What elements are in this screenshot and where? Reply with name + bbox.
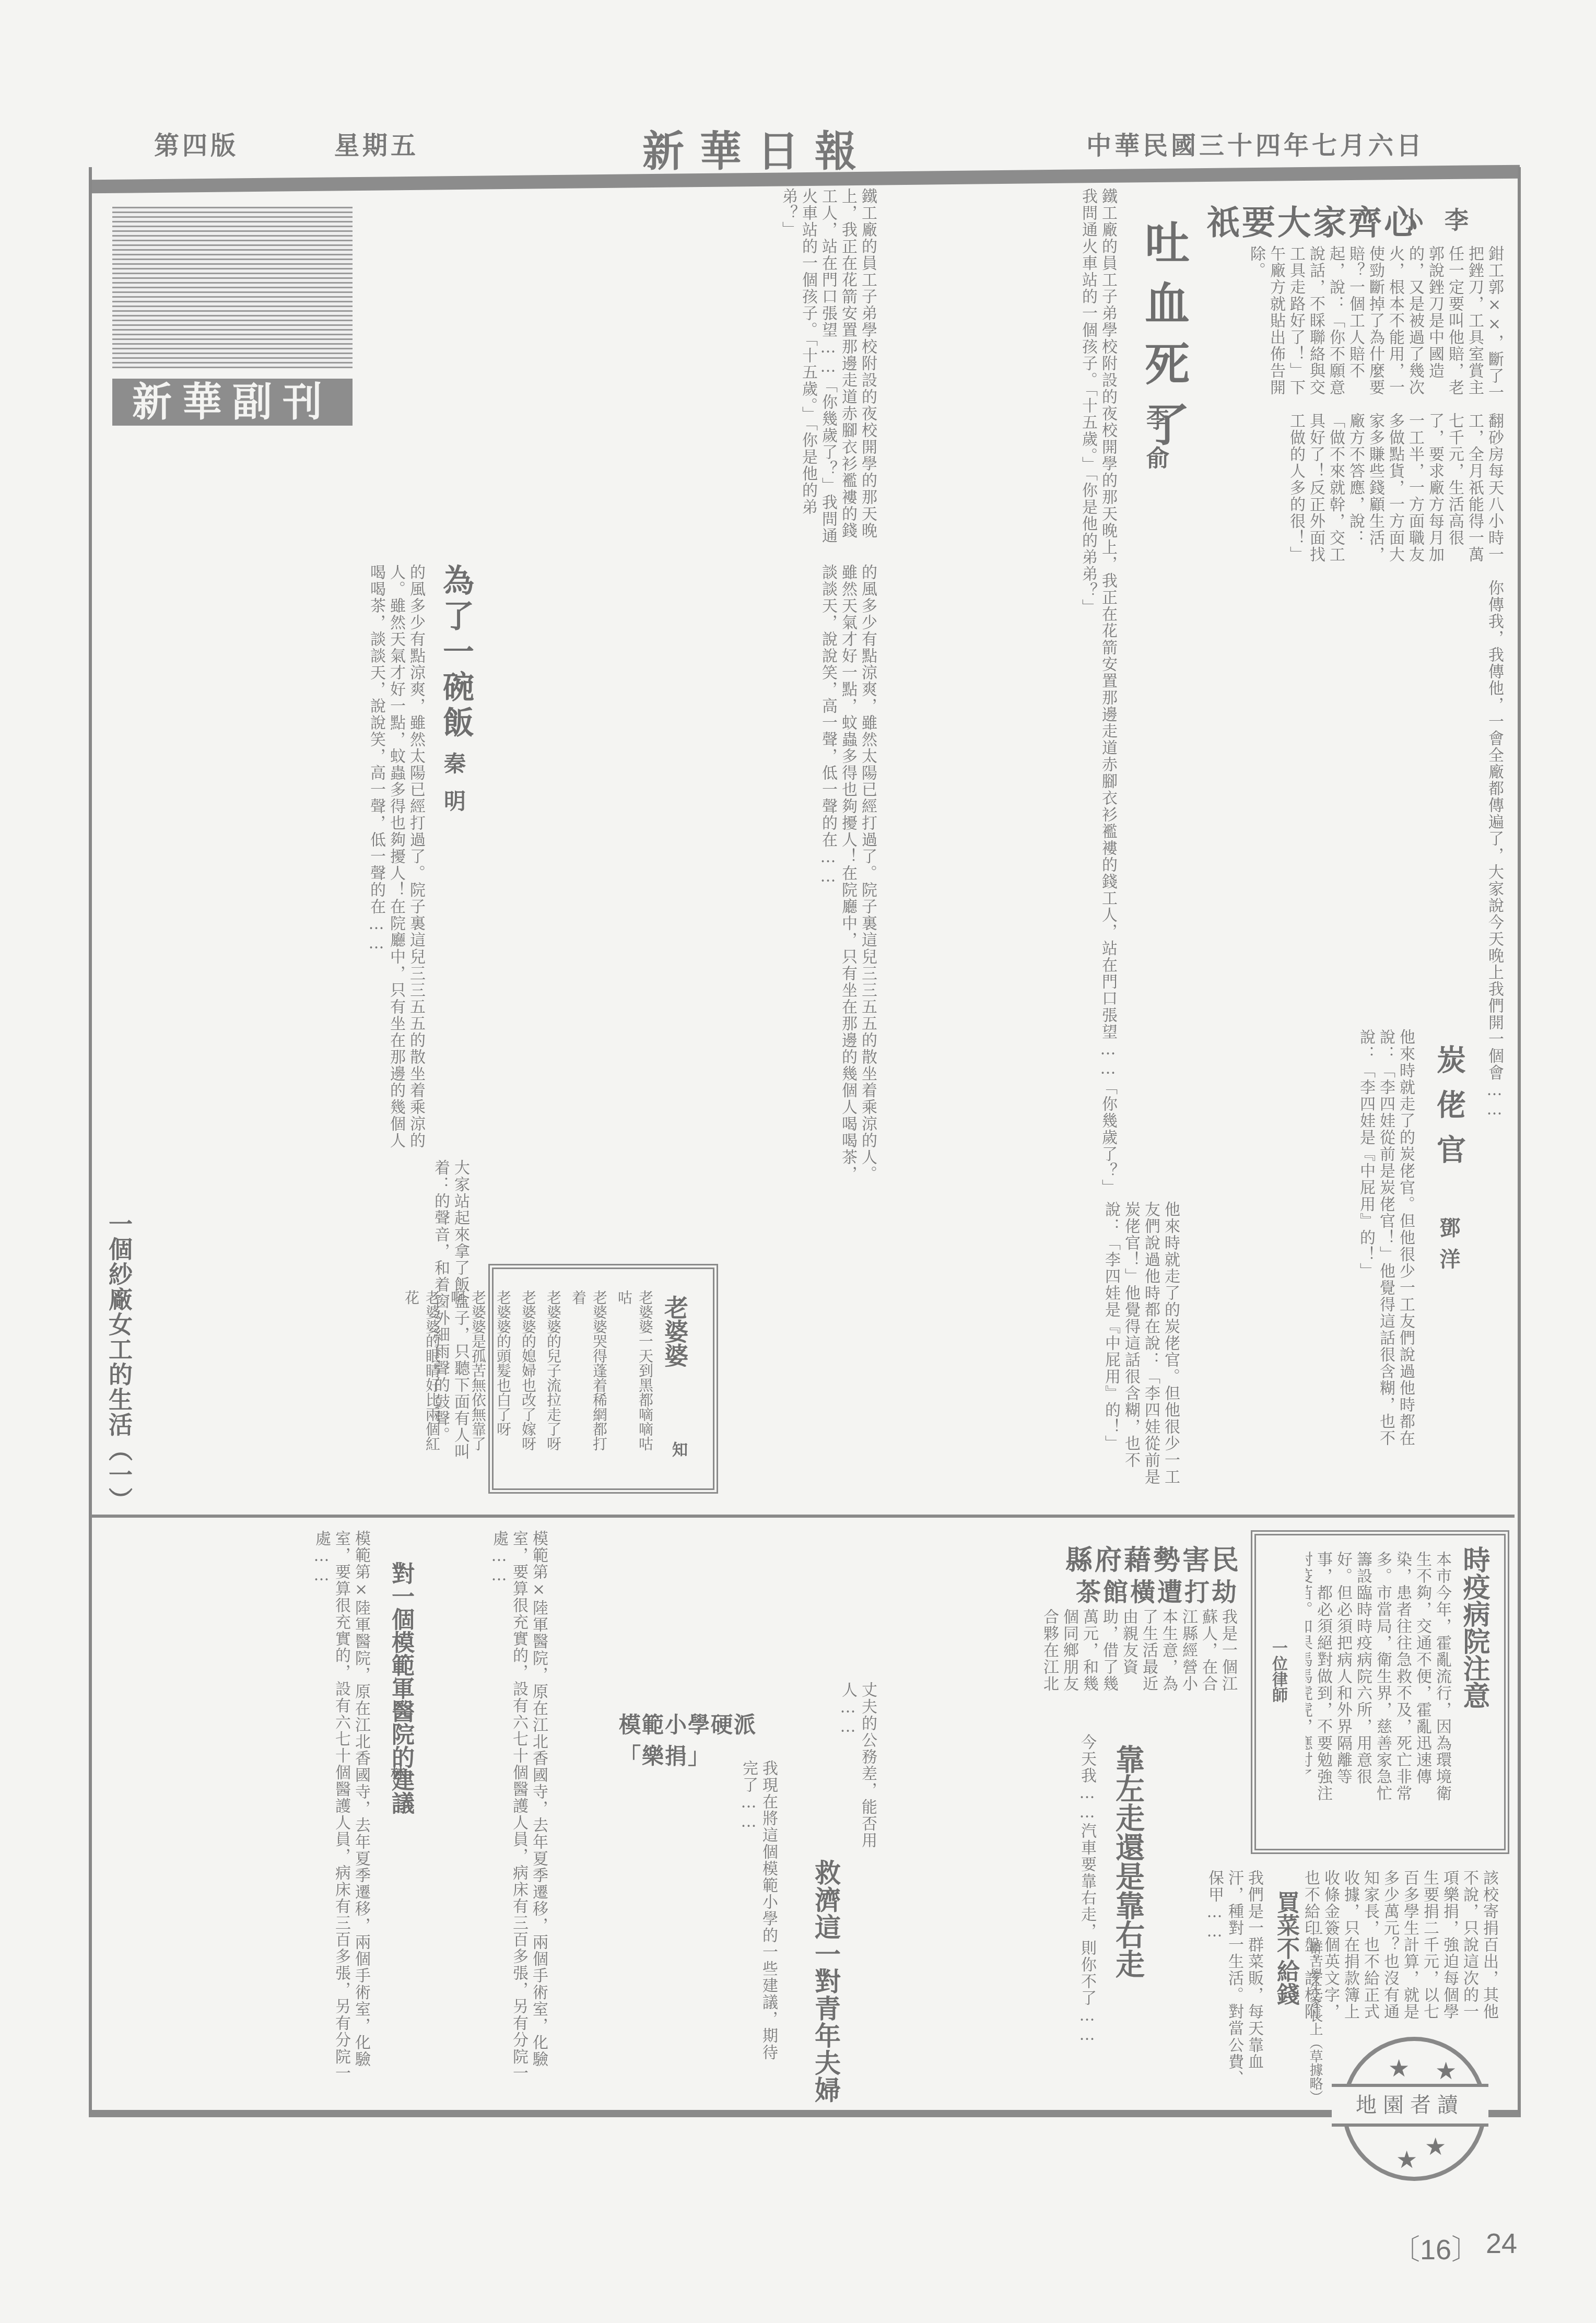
article-author: 李俞 — [1139, 407, 1172, 485]
page-number: 24 — [1486, 2227, 1517, 2260]
letter-signature: 林 — [386, 1765, 407, 1780]
star-icon: ★ — [1396, 2145, 1417, 2174]
letter-title: 縣府藉勢害民 — [1065, 1538, 1241, 1577]
banner-illustration — [112, 206, 353, 368]
letter-body: 模範第×陸軍醫院，原在江北香國寺，去年夏季遷移，兩個手術室，化驗室，要算很充實的… — [418, 1530, 548, 2094]
page-number-label: 第四版 — [154, 125, 239, 161]
column-banner-title: 新華副刊 — [112, 379, 353, 426]
notice-body: 本市今年，霍亂流行，因為環境衛生不夠，交通不便，霍亂迅速傳染，患者往往急救不及，… — [1306, 1551, 1452, 1812]
section-divider — [91, 1515, 1515, 1518]
article-body: 他來時就走了的炭佬官。但他很少一工友們說過他時都在說：「李四娃從前是炭佬官！」他… — [888, 1201, 1180, 1488]
article-body: 的風多少有點涼爽，雖然太陽已經打過了。院子裏這兒三三五五的散坐着乘涼的人。雖然天… — [112, 564, 426, 1154]
archive-mark: 〔16〕 — [1392, 2227, 1480, 2268]
letter-body: 我是一個江蘇人，在合江縣經營小本生意，為了生活最近由親友資助，借了幾萬元，和幾個… — [1039, 1609, 1238, 1703]
poem-box-laopopo: 老婆婆 知 老婆婆一天到黑都嘀嘀咕咕 老婆婆哭得蓬着稀網都打着 老婆婆的兒子流拉… — [488, 1264, 718, 1494]
article-author: 鄧洋 — [1434, 1217, 1463, 1280]
poem-line: 老婆婆哭得蓬着稀網都打着 — [568, 1290, 609, 1462]
letter-subtitle: 茶館橫遭打劫 — [1076, 1572, 1239, 1608]
poem-author: 知 — [666, 1441, 689, 1457]
letter-title: 救濟這一對青年夫婦 — [807, 1859, 844, 2104]
article-author: 秦明 — [438, 752, 469, 827]
poem-line: 老婆婆的媳婦也改了嫁呀 — [518, 1290, 538, 1462]
letter-body: 該校寄捐百出，其他不說，只說這次的一項樂捐，強迫每個學生要捐二千元，以七百多學生… — [1300, 1870, 1499, 2021]
poem-line: 老婆婆的兒子流拉走了呀 — [543, 1290, 564, 1462]
poem-line: 老婆婆的頭髮也白了呀 — [492, 1290, 513, 1462]
star-icon: ★ — [1435, 2057, 1457, 2085]
star-icon: ★ — [1425, 2132, 1446, 2161]
letter-body: 我現在將這個模範小學的一些建議，期待完了…… — [554, 1760, 778, 2073]
notice-box-shiyi: 時疫病院注意 本市今年，霍亂流行，因為環境衛生不夠，交通不便，霍亂迅速傳染，患者… — [1251, 1530, 1509, 1854]
letter-body: 丈夫的公務差，能否用人…… — [789, 1682, 877, 1854]
letter-body: 今天我……汽車要靠右走，則你不了…… — [888, 1734, 1097, 2068]
article-author: 小李 — [1400, 201, 1489, 236]
article-body: 翻砂房每天八小時一工，全月祇能得一萬七千元，生活高很了，要求廠方每月加一工半，一… — [1196, 413, 1504, 569]
letter-body: 我們是一群菜販，每天靠血汗，種對一生活。對當公費、保甲…… — [1149, 1870, 1264, 2089]
letter-title: 靠左走還是靠右走 — [1107, 1744, 1149, 1978]
article-title: 一個紗廠女工的生活（一） — [102, 1212, 136, 1512]
date-label: 中華民國三十四年七月六日 — [1086, 125, 1425, 161]
article-title: 祇要大家齊心 — [1206, 196, 1419, 244]
letter-body: 模範第×陸軍醫院，原在江北香國寺，去年夏季遷移，兩個手術室，化驗室，要算很充實的… — [104, 1530, 371, 2094]
article-body: 的風多少有點涼爽，雖然太陽已經打過了。院子裏這兒三三五五的散坐着乘涼的人。雖然天… — [470, 564, 877, 1191]
star-icon: ★ — [1388, 2054, 1410, 2082]
emblem-label: 讀者園地 — [1332, 2084, 1488, 2127]
weekday-label: 星期五 — [334, 125, 419, 161]
poem-title: 老婆婆 — [658, 1295, 692, 1367]
poem-line: 老婆婆一天到黑都嘀嘀咕咕 — [614, 1290, 655, 1462]
letter-signature: 一群苦學生家長上（草據略） — [1306, 1927, 1325, 2104]
article-body: 鐵工廠的員工子弟學校附設的夜校開學的那天晚上，我正在花箭安置那邊走道赤腳衣衫襤褸… — [366, 188, 877, 554]
notice-title: 時疫病院注意 — [1454, 1546, 1494, 1709]
article-body: 他來時就走了的炭佬官。但他很少一工友們說過他時都在說：「李四娃從前是炭佬官！」他… — [1191, 1029, 1415, 1447]
article-title: 炭佬官 — [1428, 1045, 1470, 1179]
notice-signature: 一位律師 — [1266, 1640, 1289, 1703]
article-body: 大家站起來拿了飯盒子，只聽下面有人叫着：的聲音，和着窗外細雨聲的鼓聲。 — [136, 1159, 470, 1483]
letter-title: 買菜不給錢 — [1269, 1891, 1302, 2005]
article-body: 鉗工郭××，斷了一把銼刀，工具室賞主任一定要叫他賠，老郭說銼刀是中國造的，又是被… — [1196, 245, 1504, 402]
article-body: 鐵工廠的員工子弟學校附設的夜校開學的那天晚上，我正在花箭安置那邊走道赤腳衣衫襤褸… — [888, 188, 1118, 1191]
